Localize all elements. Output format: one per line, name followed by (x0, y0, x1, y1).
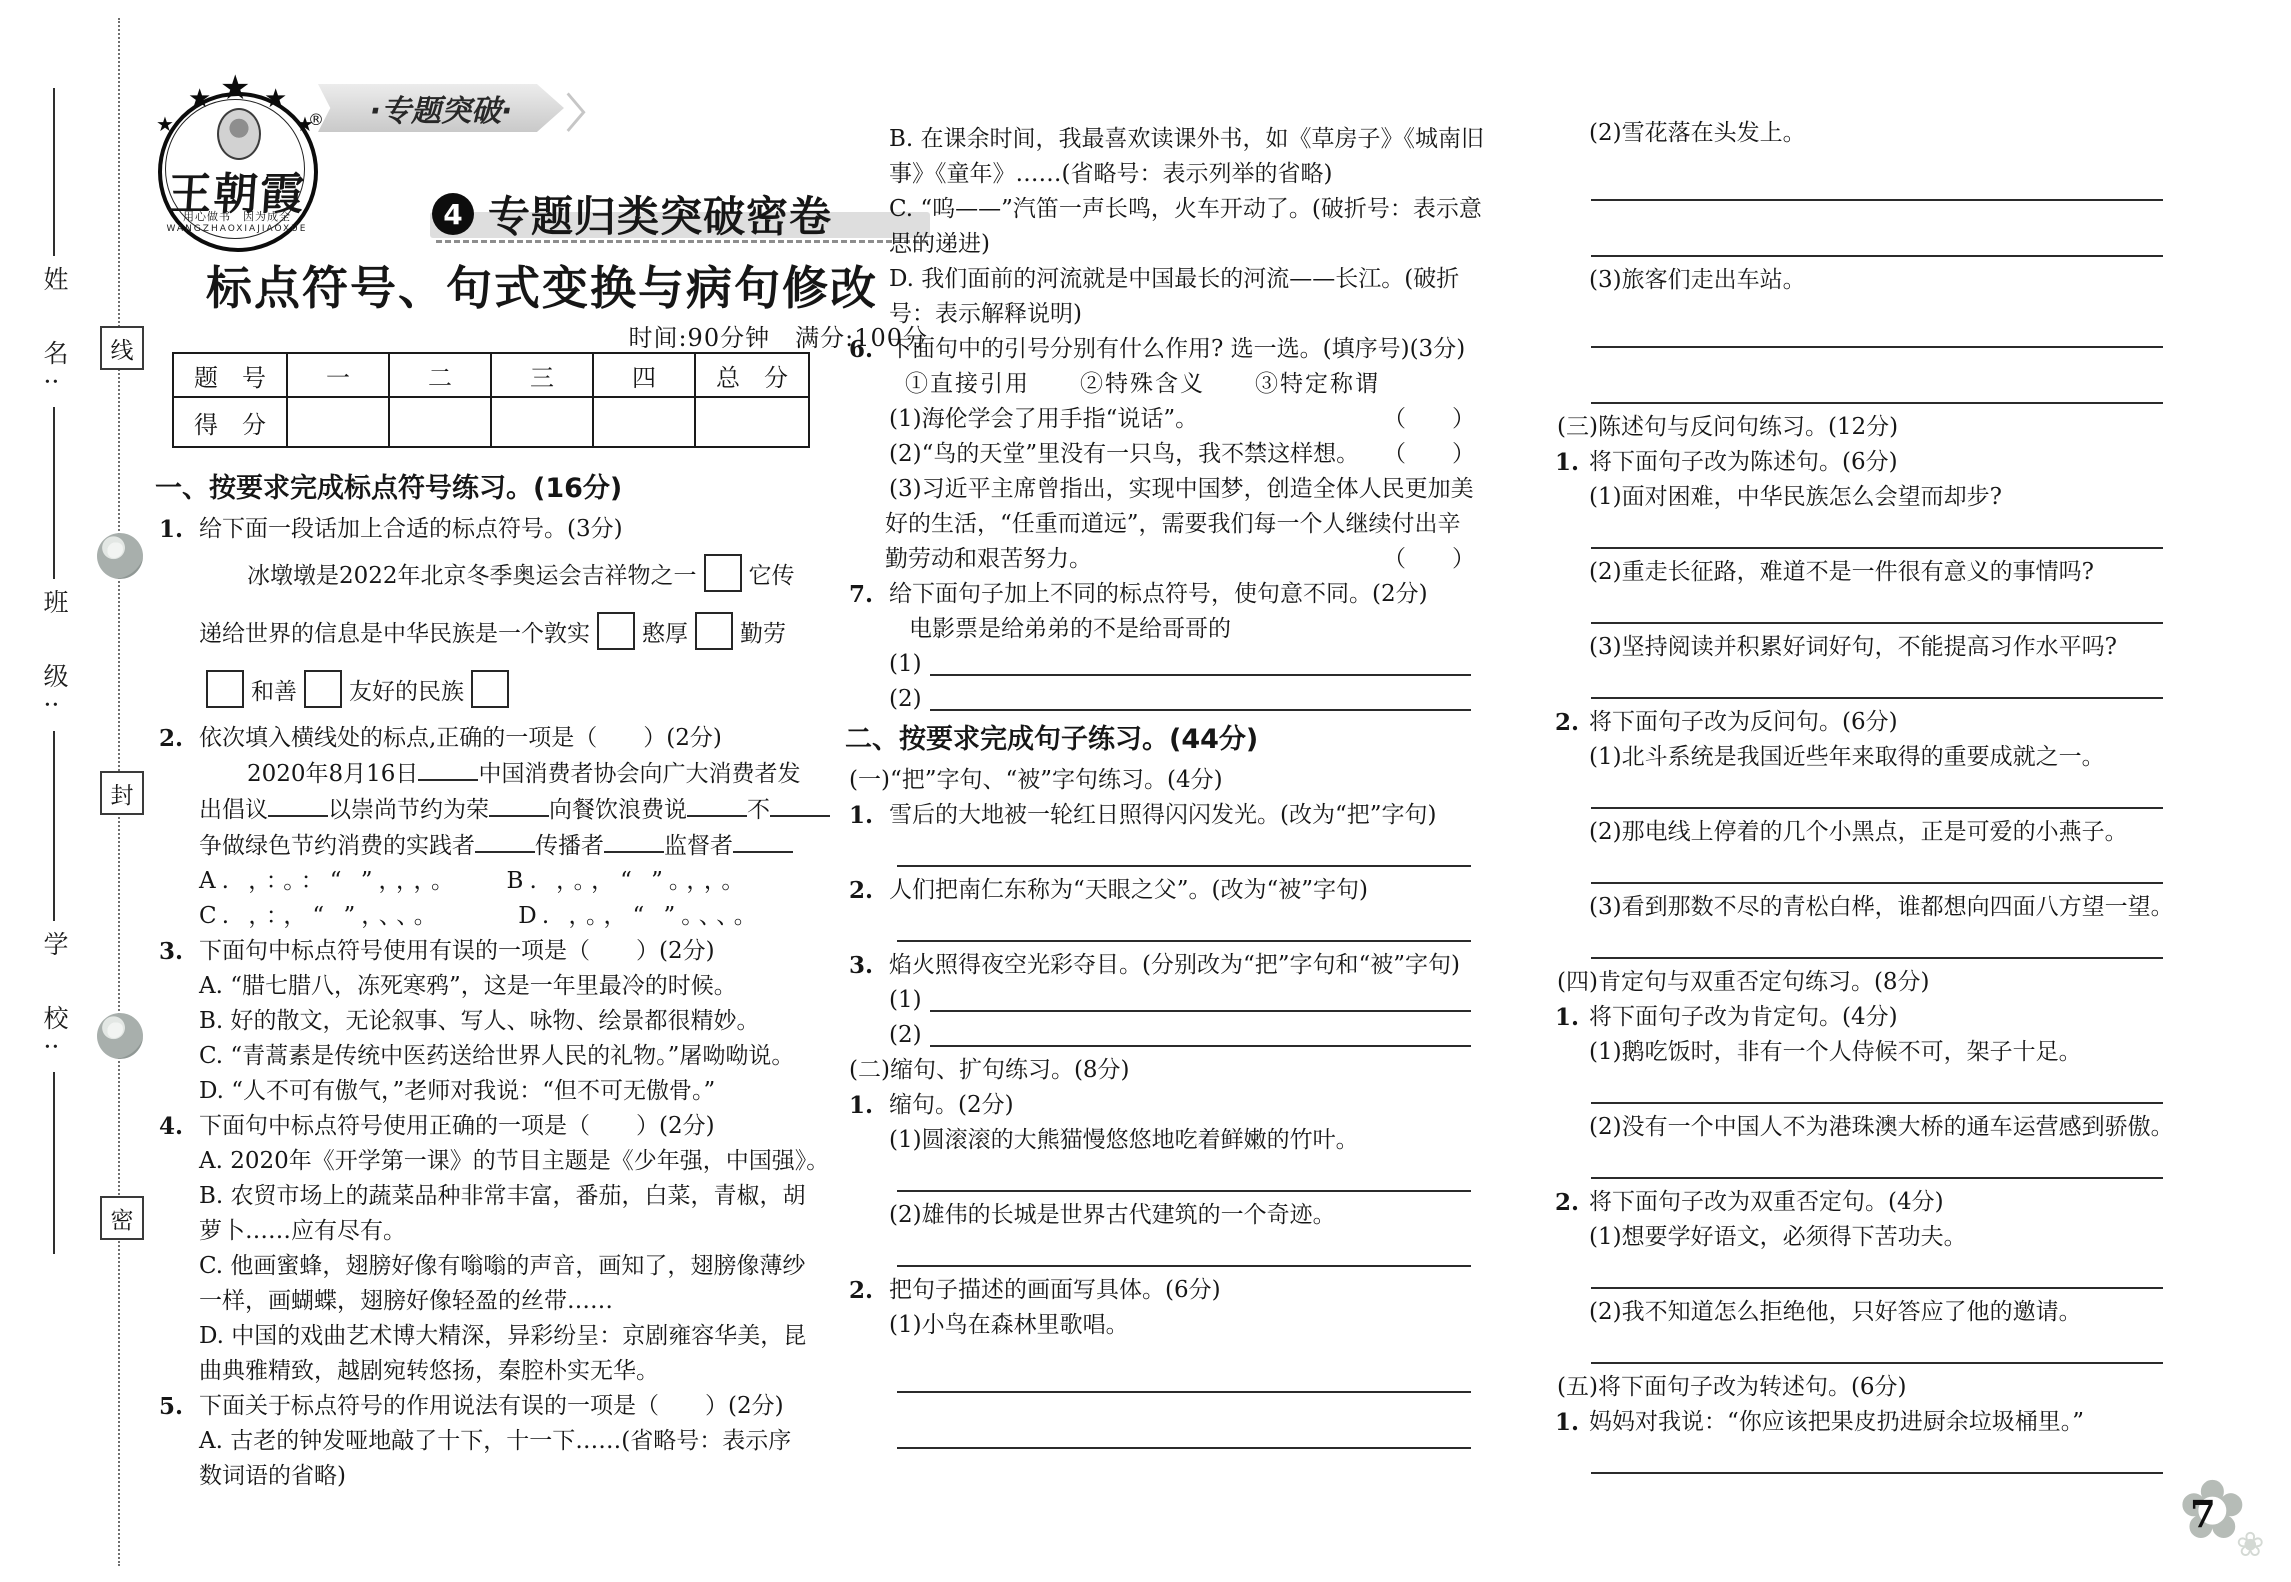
text-line: 电影票是给弟弟的不是给哥哥的 (845, 612, 1475, 647)
line-text: D. “人不可有傲气，”老师对我说：“但不可无傲骨。” (199, 1074, 715, 1109)
portrait-icon (217, 108, 261, 160)
punctuation-box[interactable] (471, 670, 509, 708)
answer-underline[interactable] (1591, 198, 2163, 201)
text-line: (3)坚持阅读并积累好词好句，不能提高习作水平吗? (1553, 630, 2167, 665)
score-table-header-cell: 题 号 (173, 353, 287, 397)
question-line: 2.人们把南仁东称为“天眼之父”。(改为“被”字句) (845, 873, 1475, 908)
text-line: (2)我不知道怎么拒绝他，只好答应了他的邀请。 (1553, 1295, 2167, 1330)
class-blank-line[interactable] (53, 407, 55, 579)
line-text: B. 好的散文，无论叙事、写人、咏物、绘景都很精妙。 (199, 1004, 760, 1039)
line-text: 曲典雅精致，越剧宛转悠扬，秦腔朴实无华。 (199, 1354, 659, 1389)
answer-underline[interactable] (1591, 956, 2163, 959)
text-line: (1)鹅吃饭时，非有一个人侍候不可，架子十足。 (1553, 1035, 2167, 1070)
text-line: 事》《童年》……(省略号：表示列举的省略) (845, 157, 1475, 192)
line-text: C. “青蒿素是传统中医药送给世界人民的礼物。”屠呦呦说。 (199, 1039, 794, 1074)
line-text: (3)看到那数不尽的青松白桦，谁都想向四面八方望一望。 (1589, 890, 2174, 925)
answer-blank-line[interactable] (1553, 850, 2167, 890)
column-right: (2)雪花落在头发上。(3)旅客们走出车站。(三)陈述句与反问句练习。(12分)… (1553, 116, 2167, 1480)
name-blank-line[interactable] (53, 88, 55, 256)
paper-title-row: 4 专题归类突破密卷 (432, 184, 832, 244)
line-text: 一、按要求完成标点符号练习。(16分) (155, 466, 622, 512)
line-text: 给下面句子加上不同的标点符号，使句意不同。(2分) (889, 577, 1428, 612)
round-stamp-icon (97, 533, 143, 579)
line-text: (2)重走长征路，难道不是一件很有意义的事情吗? (1589, 555, 2094, 590)
line-text: (3)习近平主席曾指出，实现中国梦，创造全体人民更加美 (889, 472, 1474, 507)
question-number: 7. (849, 577, 873, 612)
fill-in-line[interactable]: (1) (845, 647, 1475, 682)
line-text: A. “腊七腊八，冻死寒鸦”，这是一年里最冷的时候。 (199, 969, 737, 1004)
score-row-label: 得 分 (173, 397, 287, 447)
line-text: 好的生活，“任重而道远”，需要我们每一个人继续付出辛 (885, 507, 1461, 542)
line-text: 一样，画蝴蝶，翅膀好像轻盈的丝带…… (199, 1284, 613, 1319)
line-text: (2)“鸟的天堂”里没有一只鸟，我不禁这样想。 (889, 437, 1359, 472)
page-number: 7 (2190, 1492, 2216, 1536)
line-text: 依次填入横线处的标点,正确的一项是（ ）(2分) (199, 721, 722, 756)
line-text: C. 他画蜜蜂，翅膀好像有嗡嗡的声音，画知了，翅膀像薄纱 (199, 1249, 805, 1284)
line-text: (3)旅客们走出车站。 (1589, 263, 1806, 298)
line-text: 二、按要求完成句子练习。(44分) (845, 717, 1258, 763)
text-line: 递给世界的信息是中华民族是一个敦实憨厚勤劳 (155, 605, 805, 663)
answer-blank-line[interactable] (845, 1233, 1475, 1273)
answer-blank-line[interactable] (1553, 1255, 2167, 1295)
line-text: (一)“把”字句、“被”字句练习。(4分) (849, 763, 1223, 798)
answer-blank-line[interactable] (1553, 590, 2167, 630)
text-line: (1)想要学好语文，必须得下苦功夫。 (1553, 1220, 2167, 1255)
text-line: 号：表示解释说明) (845, 297, 1475, 332)
question-number: 5. (159, 1389, 183, 1424)
line-text: (1)海伦学会了用手指“说话”。 (889, 402, 1198, 437)
score-cell[interactable] (491, 397, 593, 447)
inline-answer-blank[interactable] (475, 828, 535, 853)
line-text: 下面句中标点符号使用正确的一项是（ ）(2分) (199, 1109, 715, 1144)
text-line: (1)海伦学会了用手指“说话”。（ ） (845, 402, 1475, 437)
score-table-score-row: 得 分 (173, 397, 809, 447)
line-text: (1)圆滚滚的大熊猫慢悠悠地吃着鲜嫩的竹叶。 (889, 1123, 1359, 1158)
line-text: C. ，：，“ ”，、、。 D. ，。，“ ”。、、。 (199, 899, 763, 934)
text-line: 2020年8月16日中国消费者协会向广大消费者发 (155, 756, 805, 792)
line-text: (1)北斗系统是我国近些年来取得的重要成就之一。 (1589, 740, 2105, 775)
text-line: (3)看到那数不尽的青松白桦，谁都想向四面八方望一望。 (1553, 890, 2167, 925)
paper-title: 专题归类突破密卷 (488, 184, 832, 244)
answer-blank-line[interactable] (1553, 1440, 2167, 1480)
answer-blank-line[interactable] (1553, 167, 2167, 207)
score-table-header-cell: 一 (287, 353, 389, 397)
text-line: 一样，画蝴蝶，翅膀好像轻盈的丝带…… (155, 1284, 805, 1319)
line-text: 将下面句子改为肯定句。(4分) (1589, 1000, 1898, 1035)
question-line: 1.给下面一段话加上合适的标点符号。(3分) (155, 512, 805, 547)
line-text: 冰墩墩是2022年北京冬季奥运会吉祥物之一它传 (247, 547, 795, 605)
line-text: 雪后的大地被一轮红日照得闪闪发光。(改为“把”字句) (889, 798, 1436, 833)
option-line: B. 好的散文，无论叙事、写人、咏物、绘景都很精妙。 (155, 1004, 805, 1039)
answer-blank-line[interactable] (1553, 314, 2167, 354)
section-heading: 一、按要求完成标点符号练习。(16分) (155, 466, 805, 512)
line-text: 妈妈对我说：“你应该把果皮扔进厨余垃圾桶里。” (1589, 1405, 2084, 1440)
text-line: (2)“鸟的天堂”里没有一只鸟，我不禁这样想。（ ） (845, 437, 1475, 472)
answer-underline[interactable] (1591, 1176, 2163, 1179)
answer-underline[interactable] (1591, 345, 2163, 348)
answer-underline[interactable] (930, 673, 1471, 676)
question-line: 3.下面句中标点符号使用有误的一项是（ ）(2分) (155, 934, 805, 969)
question-line: 1.缩句。(2分) (845, 1088, 1475, 1123)
class-field-label: 班 级: (36, 589, 72, 720)
seal-char-mi: 密 (100, 1196, 144, 1240)
punctuation-box[interactable] (304, 670, 342, 708)
line-text: C. “呜——”汽笛一声长鸣，火车开动了。(破折号：表示意 (889, 192, 1482, 227)
line-text: 争做绿色节约消费的实践者传播者监督者 (199, 828, 793, 864)
inline-answer-blank[interactable] (770, 792, 830, 817)
question-number: 3. (159, 934, 183, 969)
question-line: 6.下面句中的引号分别有什么作用? 选一选。(填序号)(3分) (845, 332, 1475, 367)
answer-blank-line[interactable] (1553, 775, 2167, 815)
inline-answer-blank[interactable] (687, 792, 747, 817)
name-field-label: 姓 名: (36, 266, 72, 397)
question-line: 1.妈妈对我说：“你应该把果皮扔进厨余垃圾桶里。” (1553, 1405, 2167, 1440)
line-text: 数词语的省略) (199, 1459, 346, 1494)
question-number: 1. (1555, 1405, 1579, 1440)
answer-blank-line[interactable] (845, 1415, 1475, 1455)
inline-answer-blank[interactable] (418, 756, 478, 781)
option-line: C. “青蒿素是传统中医药送给世界人民的礼物。”屠呦呦说。 (155, 1039, 805, 1074)
chevron-right-icon: 〉 (566, 82, 606, 139)
question-line: 2.将下面句子改为双重否定句。(4分) (1553, 1185, 2167, 1220)
question-number: 2. (849, 1273, 873, 1308)
subsection-heading: (四)肯定句与双重否定句练习。(8分) (1553, 965, 2167, 1000)
round-stamp-icon (97, 1013, 143, 1059)
answer-underline[interactable] (897, 939, 1471, 942)
text-line: (3)旅客们走出车站。 (1553, 263, 2167, 298)
text-line: 萝卜……应有尽有。 (155, 1214, 805, 1249)
option-line: D. 我们面前的河流就是中国最长的河流——长江。(破折 (845, 262, 1475, 297)
score-table-header-row: 题 号 一 二 三 四 总 分 (173, 353, 809, 397)
punctuation-box[interactable] (206, 670, 244, 708)
subsection-heading: (二)缩句、扩句练习。(8分) (845, 1053, 1475, 1088)
text-line: (1)小鸟在森林里歌唱。 (845, 1308, 1475, 1343)
school-field-label: 学 校: (36, 931, 72, 1062)
line-text: (二)缩句、扩句练习。(8分) (849, 1053, 1130, 1088)
answer-blank-line[interactable] (1553, 1070, 2167, 1110)
text-line: 争做绿色节约消费的实践者传播者监督者 (155, 828, 805, 864)
line-text: (2)雄伟的长城是世界古代建筑的一个奇迹。 (889, 1198, 1336, 1233)
column-middle: B. 在课余时间，我最喜欢读课外书，如《草房子》《城南旧事》《童年》……(省略号… (845, 122, 1475, 1455)
line-text: 事》《童年》……(省略号：表示列举的省略) (889, 157, 1332, 192)
answer-underline[interactable] (1591, 401, 2163, 404)
option-line: A. 2020年《开学第一课》的节目主题是《少年强，中国强》。 (155, 1144, 805, 1179)
line-text: ①直接引用 ②特殊含义 ③特定称谓 (905, 367, 1380, 402)
answer-blank-line[interactable] (1553, 925, 2167, 965)
line-text: A. 2020年《开学第一课》的节目主题是《少年强，中国强》。 (199, 1144, 829, 1179)
option-line: A. 古老的钟发哑地敲了十下，十一下……(省略号：表示序 (155, 1424, 805, 1459)
question-line: 1.将下面句子改为肯定句。(4分) (1553, 1000, 2167, 1035)
brand-arc-text: WANGZHAOXIAJIAOXUE (146, 224, 328, 234)
fill-in-line[interactable]: (2) (845, 682, 1475, 717)
option-line: B. 农贸市场上的蔬菜品种非常丰富，番茄，白菜，青椒，胡 (155, 1179, 805, 1214)
line-text: 勤劳动和艰苦努力。 (885, 542, 1092, 577)
answer-underline[interactable] (897, 1264, 1471, 1267)
answer-underline[interactable] (897, 1446, 1471, 1449)
answer-underline[interactable] (897, 1189, 1471, 1192)
subsection-heading: (五)将下面句子改为转述句。(6分) (1553, 1370, 2167, 1405)
question-number: 1. (1555, 1000, 1579, 1035)
score-table-header-cell: 三 (491, 353, 593, 397)
score-cell[interactable] (287, 397, 389, 447)
answer-blank-line[interactable] (1553, 1145, 2167, 1185)
answer-bracket[interactable]: （ ） (1383, 437, 1475, 472)
inline-answer-blank[interactable] (489, 792, 549, 817)
line-text: D. 中国的戏曲艺术博大精深，异彩纷呈：京剧雍容华美，昆 (199, 1319, 806, 1354)
punctuation-option-line: C. ，：，“ ”，、、。 D. ，。，“ ”。、、。 (155, 899, 805, 934)
answer-underline[interactable] (930, 1044, 1471, 1047)
line-text: B. 农贸市场上的蔬菜品种非常丰富，番茄，白菜，青椒，胡 (199, 1179, 806, 1214)
text-line: 勤劳动和艰苦努力。（ ） (845, 542, 1475, 577)
answer-underline[interactable] (1591, 1101, 2163, 1104)
question-number: 1. (159, 512, 183, 547)
question-line: 5.下面关于标点符号的作用说法有误的一项是（ ）(2分) (155, 1389, 805, 1424)
line-text: 将下面句子改为双重否定句。(4分) (1589, 1185, 1944, 1220)
section-heading: 二、按要求完成句子练习。(44分) (845, 717, 1475, 763)
answer-underline[interactable] (1591, 546, 2163, 549)
subsection-heading: (一)“把”字句、“被”字句练习。(4分) (845, 763, 1475, 798)
answer-blank-line[interactable] (1553, 223, 2167, 263)
line-text: 递给世界的信息是中华民族是一个敦实憨厚勤劳 (199, 605, 786, 663)
punctuation-box[interactable] (597, 612, 635, 650)
question-number: 1. (849, 798, 873, 833)
line-text: 出倡议以崇尚节约为荣向餐饮浪费说不 (199, 792, 830, 828)
question-number: 3. (849, 948, 873, 983)
column-left: 一、按要求完成标点符号练习。(16分)1.给下面一段话加上合适的标点符号。(3分… (155, 466, 805, 1494)
answer-underline[interactable] (1591, 1471, 2163, 1474)
score-cell[interactable] (389, 397, 491, 447)
question-number: 2. (1555, 705, 1579, 740)
line-text: (1)小鸟在森林里歌唱。 (889, 1308, 1129, 1343)
subsection-heading: (三)陈述句与反问句练习。(12分) (1553, 410, 2167, 445)
line-text: 将下面句子改为反问句。(6分) (1589, 705, 1898, 740)
punctuation-option-line: A. ，：。：“ ”，，，。 B. ，。，“ ”。，，。 (155, 864, 805, 899)
line-text: (三)陈述句与反问句练习。(12分) (1557, 410, 1898, 445)
line-text: (2)雪花落在头发上。 (1589, 116, 1806, 151)
line-text: 电影票是给弟弟的不是给哥哥的 (909, 612, 1231, 647)
answer-underline[interactable] (930, 708, 1471, 711)
answer-underline[interactable] (1591, 1361, 2163, 1364)
question-number: 2. (159, 721, 183, 756)
line-text: 下面句中的引号分别有什么作用? 选一选。(填序号)(3分) (889, 332, 1465, 367)
fill-in-line[interactable]: (1) (845, 983, 1475, 1018)
line-text: A. ，：。：“ ”，，，。 B. ，。，“ ”。，，。 (199, 864, 750, 899)
line-text: (五)将下面句子改为转述句。(6分) (1557, 1370, 1907, 1405)
text-line: (2)雪花落在头发上。 (1553, 116, 2167, 151)
answer-underline[interactable] (1591, 881, 2163, 884)
answer-underline[interactable] (897, 864, 1471, 867)
line-text: B. 在课余时间，我最喜欢读课外书，如《草房子》《城南旧 (889, 122, 1484, 157)
option-line: A. “腊七腊八，冻死寒鸦”，这是一年里最冷的时候。 (155, 969, 805, 1004)
text-line: (1)面对困难，中华民族怎么会望而却步? (1553, 480, 2167, 515)
text-line: 思的递进) (845, 227, 1475, 262)
paper-subtitle: 标点符号、句式变换与病句修改 (150, 252, 934, 318)
answer-underline[interactable] (1591, 621, 2163, 624)
choice-legend-line: ①直接引用 ②特殊含义 ③特定称谓 (845, 367, 1475, 402)
line-text: (1) (889, 983, 922, 1018)
line-text: 下面关于标点符号的作用说法有误的一项是（ ）(2分) (199, 1389, 784, 1424)
answer-underline[interactable] (897, 1390, 1471, 1393)
question-number: 4. (159, 1109, 183, 1144)
line-text: 焰火照得夜空光彩夺目。(分别改为“把”字句和“被”字句) (889, 948, 1460, 983)
student-info-fields: 姓 名: 班 级: 学 校: (30, 88, 78, 1254)
answer-blank-line[interactable] (845, 908, 1475, 948)
text-line: (3)习近平主席曾指出，实现中国梦，创造全体人民更加美 (845, 472, 1475, 507)
seal-char-feng: 封 (100, 771, 144, 815)
line-text: (2)没有一个中国人不为港珠澳大桥的通车运营感到骄傲。 (1589, 1110, 2174, 1145)
answer-bracket[interactable]: （ ） (1383, 402, 1475, 437)
text-line: 出倡议以崇尚节约为荣向餐饮浪费说不 (155, 792, 805, 828)
line-text: (3)坚持阅读并积累好词好句，不能提高习作水平吗? (1589, 630, 2117, 665)
brand-slogan: 用心做书 因为成全 (146, 208, 328, 224)
score-cell[interactable] (593, 397, 695, 447)
inline-answer-blank[interactable] (604, 828, 664, 853)
exam-paper-page: 姓 名: 班 级: 学 校: 线 封 密 ★ ★ ★ ★ ★ ® 王朝霞 用心做… (0, 0, 2291, 1582)
option-line: D. “人不可有傲气，”老师对我说：“但不可无傲骨。” (155, 1074, 805, 1109)
option-line: C. 他画蜜蜂，翅膀好像有嗡嗡的声音，画知了，翅膀像薄纱 (155, 1249, 805, 1284)
question-number: 2. (1555, 1185, 1579, 1220)
answer-blank-line[interactable] (1553, 370, 2167, 410)
question-line: 7.给下面句子加上不同的标点符号，使句意不同。(2分) (845, 577, 1475, 612)
answer-blank-line[interactable] (845, 1359, 1475, 1399)
line-text: D. 我们面前的河流就是中国最长的河流——长江。(破折 (889, 262, 1459, 297)
question-line: 2.将下面句子改为反问句。(6分) (1553, 705, 2167, 740)
score-table-header-cell: 总 分 (695, 353, 809, 397)
line-text: 和善友好的民族 (199, 663, 516, 721)
line-text: 萝卜……应有尽有。 (199, 1214, 406, 1249)
score-cell[interactable] (695, 397, 809, 447)
question-line: 1.雪后的大地被一轮红日照得闪闪发光。(改为“把”字句) (845, 798, 1475, 833)
line-text: (1) (889, 647, 922, 682)
text-line: 好的生活，“任重而道远”，需要我们每一个人继续付出辛 (845, 507, 1475, 542)
publisher-logo: ★ ★ ★ ★ ★ ® 王朝霞 用心做书 因为成全 WANGZHAOXIAJIA… (146, 66, 328, 250)
score-table-header-cell: 四 (593, 353, 695, 397)
score-table-header-cell: 二 (389, 353, 491, 397)
line-text: A. 古老的钟发哑地敲了十下，十一下……(省略号：表示序 (199, 1424, 791, 1459)
text-line: (2)没有一个中国人不为港珠澳大桥的通车运营感到骄傲。 (1553, 1110, 2167, 1145)
question-line: 2.依次填入横线处的标点,正确的一项是（ ）(2分) (155, 721, 805, 756)
punctuation-box[interactable] (704, 554, 742, 592)
line-text: (2)那电线上停着的几个小黑点，正是可爱的小燕子。 (1589, 815, 2128, 850)
line-text: 下面句中标点符号使用有误的一项是（ ）(2分) (199, 934, 715, 969)
line-text: (四)肯定句与双重否定句练习。(8分) (1557, 965, 1930, 1000)
answer-bracket[interactable]: （ ） (1383, 542, 1475, 577)
line-text: (2) (889, 682, 922, 717)
answer-blank-line[interactable] (845, 1158, 1475, 1198)
answer-underline[interactable] (1591, 806, 2163, 809)
text-line: 曲典雅精致，越剧宛转悠扬，秦腔朴实无华。 (155, 1354, 805, 1389)
text-line: (2)雄伟的长城是世界古代建筑的一个奇迹。 (845, 1198, 1475, 1233)
answer-blank-line[interactable] (1553, 1330, 2167, 1370)
option-line: C. “呜——”汽笛一声长鸣，火车开动了。(破折号：表示意 (845, 192, 1475, 227)
text-line: 数词语的省略) (155, 1459, 805, 1494)
answer-underline[interactable] (1591, 1286, 2163, 1289)
question-number: 1. (849, 1088, 873, 1123)
line-text: 缩句。(2分) (889, 1088, 1014, 1123)
line-text: (1)鹅吃饭时，非有一个人侍候不可，架子十足。 (1589, 1035, 2082, 1070)
text-line: (2)重走长征路，难道不是一件很有意义的事情吗? (1553, 555, 2167, 590)
punctuation-box[interactable] (695, 612, 733, 650)
text-line: (1)圆滚滚的大熊猫慢悠悠地吃着鲜嫩的竹叶。 (845, 1123, 1475, 1158)
question-line: 1.将下面句子改为陈述句。(6分) (1553, 445, 2167, 480)
answer-underline[interactable] (930, 1009, 1471, 1012)
score-table: 题 号 一 二 三 四 总 分 得 分 (172, 352, 810, 448)
text-line: 和善友好的民族 (155, 663, 805, 721)
question-number: 2. (849, 873, 873, 908)
line-text: 把句子描述的画面写具体。(6分) (889, 1273, 1221, 1308)
text-line: 冰墩墩是2022年北京冬季奥运会吉祥物之一它传 (155, 547, 805, 605)
seal-char-xian: 线 (100, 326, 144, 370)
flower-decoration-icon-small: ❀ (2236, 1528, 2265, 1562)
question-number: 1. (1555, 445, 1579, 480)
line-text: (2) (889, 1018, 922, 1053)
inline-answer-blank[interactable] (733, 828, 793, 853)
line-text: 2020年8月16日中国消费者协会向广大消费者发 (247, 756, 800, 792)
text-line: (1)北斗系统是我国近些年来取得的重要成就之一。 (1553, 740, 2167, 775)
question-line: 2.把句子描述的画面写具体。(6分) (845, 1273, 1475, 1308)
school-blank-line[interactable] (53, 731, 55, 921)
paper-number-badge: 4 (432, 193, 474, 235)
answer-underline[interactable] (1591, 254, 2163, 257)
line-text: 给下面一段话加上合适的标点符号。(3分) (199, 512, 623, 547)
answer-underline[interactable] (1591, 696, 2163, 699)
line-text: 人们把南仁东称为“天眼之父”。(改为“被”字句) (889, 873, 1368, 908)
answer-blank-line[interactable] (1553, 515, 2167, 555)
line-text: 将下面句子改为陈述句。(6分) (1589, 445, 1898, 480)
school-blank-line-2[interactable] (53, 1072, 55, 1254)
line-text: (2)我不知道怎么拒绝他，只好答应了他的邀请。 (1589, 1295, 2082, 1330)
inline-answer-blank[interactable] (268, 792, 328, 817)
option-line: B. 在课余时间，我最喜欢读课外书，如《草房子》《城南旧 (845, 122, 1475, 157)
question-line: 3.焰火照得夜空光彩夺目。(分别改为“把”字句和“被”字句) (845, 948, 1475, 983)
answer-blank-line[interactable] (1553, 665, 2167, 705)
answer-blank-line[interactable] (845, 833, 1475, 873)
topic-breakthrough-badge: ·专题突破· (318, 84, 564, 132)
line-text: (1)想要学好语文，必须得下苦功夫。 (1589, 1220, 1967, 1255)
fill-in-line[interactable]: (2) (845, 1018, 1475, 1053)
line-text: (1)面对困难，中华民族怎么会望而却步? (1589, 480, 2002, 515)
option-line: D. 中国的戏曲艺术博大精深，异彩纷呈：京剧雍容华美，昆 (155, 1319, 805, 1354)
text-line: (2)那电线上停着的几个小黑点，正是可爱的小燕子。 (1553, 815, 2167, 850)
question-line: 4.下面句中标点符号使用正确的一项是（ ）(2分) (155, 1109, 805, 1144)
question-number: 6. (849, 332, 873, 367)
